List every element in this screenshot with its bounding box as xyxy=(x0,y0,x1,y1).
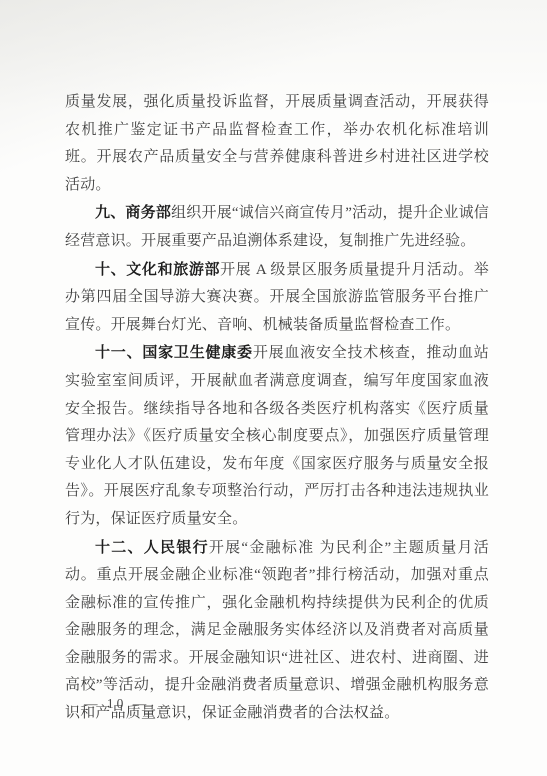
paragraph-text: 开展血液安全技术核查，推动血站实验室室间质评，开展献血者满意度调查，编写年度国家… xyxy=(65,345,489,527)
document-page: 质量发展，强化质量投诉监督，开展质量调查活动，开展获得农机推广鉴定证书产品监督检… xyxy=(0,0,547,776)
document-body: 质量发展，强化质量投诉监督，开展质量调查活动，开展获得农机推广鉴定证书产品监督检… xyxy=(65,88,489,728)
section-heading: 十一、国家卫生健康委 xyxy=(95,344,253,361)
paragraph-text: 质量发展，强化质量投诉监督，开展质量调查活动，开展获得农机推广鉴定证书产品监督检… xyxy=(65,94,489,193)
section-heading: 十二、人民银行 xyxy=(95,539,209,556)
paragraph: 十一、国家卫生健康委开展血液安全技术核查，推动血站实验室室间质评，开展献血者满意… xyxy=(65,339,489,533)
paragraph-text: 开展“金融标准 为民利企”主题质量月活动。重点开展金融企业标准“领跑者”排行榜活… xyxy=(65,540,489,722)
paragraph: 十、文化和旅游部开展 A 级景区服务质量提升月活动。举办第四届全国导游大赛决赛。… xyxy=(65,256,489,340)
paragraph: 质量发展，强化质量投诉监督，开展质量调查活动，开展获得农机推广鉴定证书产品监督检… xyxy=(65,88,489,199)
paragraph: 九、商务部组织开展“诚信兴商宣传月”活动，提升企业诚信经营意识。开展重要产品追溯… xyxy=(65,199,489,255)
section-heading: 九、商务部 xyxy=(95,204,171,221)
page-number: — 10 — xyxy=(84,696,149,712)
section-heading: 十、文化和旅游部 xyxy=(95,261,220,278)
